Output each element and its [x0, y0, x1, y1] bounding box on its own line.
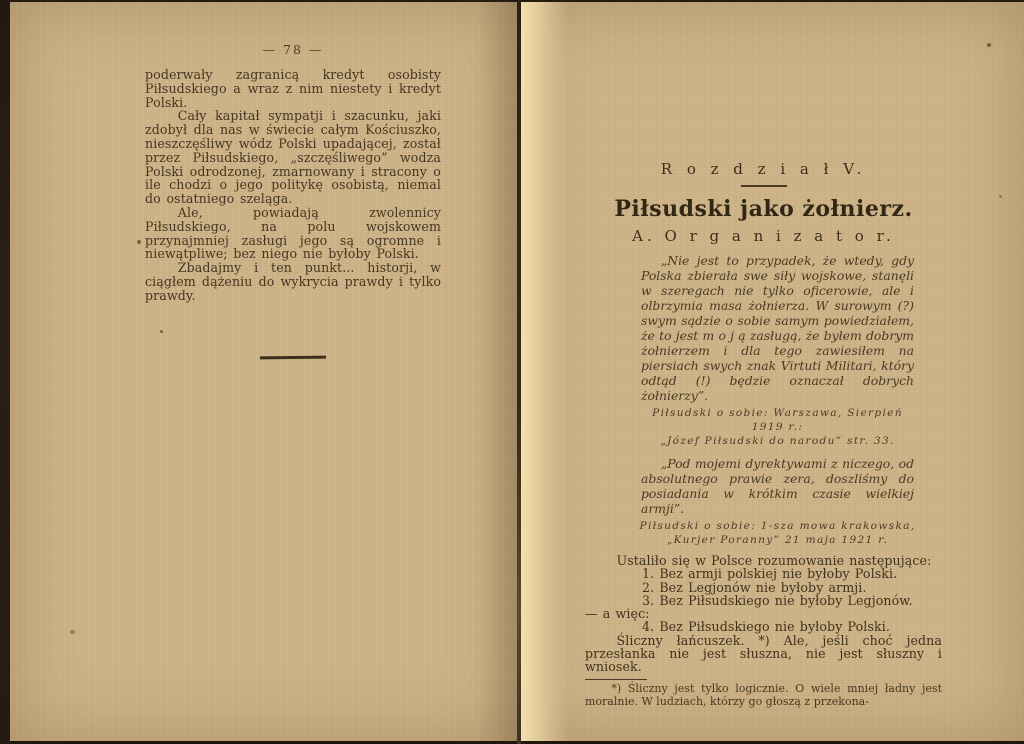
page-number: — 78 —	[145, 42, 441, 57]
body-intro: Ustaliło się w Polsce rozumowanie następ…	[585, 554, 942, 567]
scan-edge-left	[0, 0, 10, 744]
quote-text: „Pod mojemi dyrektywami z niczego, od ab…	[641, 456, 914, 516]
book-scan: — 78 — poderwały zagranicą kredyt osobis…	[0, 0, 1024, 744]
list-item: 2. Bez Legjonów nie byłoby armji.	[585, 581, 942, 594]
quote-attribution-2: Piłsudski o sobie: 1-sza mowa krakowska,…	[637, 519, 918, 547]
attribution-line: „Józef Piłsudski do narodu” str. 33.	[637, 434, 918, 448]
page-right-content: R o z d z i a ł V. Piłsudski jako żołnie…	[585, 2, 942, 709]
chapter-rule	[741, 185, 787, 187]
list-item: 3. Bez Piłsudskiego nie byłoby Legjonów.	[585, 594, 942, 607]
paragraph: Zbadajmy i ten punkt... historji, w ciąg…	[145, 261, 441, 302]
quote-block-1: „Nie jest to przypadek, że wtedy, gdy Po…	[641, 253, 914, 403]
page-left-text: poderwały zagranicą kredyt osobisty Piłs…	[145, 68, 441, 303]
paragraph: Cały kapitał sympatji i szacunku, jaki z…	[145, 109, 441, 206]
page-right-body: Ustaliło się w Polsce rozumowanie następ…	[585, 554, 942, 674]
quote-attribution-1: Piłsudski o sobie: Warszawa, Sierpień 19…	[637, 406, 918, 448]
paper-speck	[160, 330, 163, 333]
paragraph: poderwały zagranicą kredyt osobisty Piłs…	[145, 68, 441, 109]
page-left: — 78 — poderwały zagranicą kredyt osobis…	[10, 2, 517, 741]
paper-speck	[987, 43, 991, 47]
paragraph: Ale, powiadają zwolennicy Piłsudskiego, …	[145, 206, 441, 261]
footnote-text: *) Śliczny jest tylko logicznie. O wiele…	[585, 682, 942, 708]
paper-speck	[137, 240, 141, 244]
conclusion: Śliczny łańcuszek. *) Ale, jeśli choć je…	[585, 634, 942, 674]
quote-block-2: „Pod mojemi dyrektywami z niczego, od ab…	[641, 456, 914, 516]
list-item: 1. Bez armji polskiej nie byłoby Polski.	[585, 567, 942, 580]
list-item: 4. Bez Piłsudskiego nie byłoby Polski.	[585, 620, 942, 633]
footnote-rule	[585, 679, 647, 681]
attribution-line: Piłsudski o sobie: 1-sza mowa krakowska,	[637, 519, 918, 533]
paper-speck	[999, 195, 1002, 198]
page-left-content: — 78 — poderwały zagranicą kredyt osobis…	[145, 42, 441, 358]
page-right: R o z d z i a ł V. Piłsudski jako żołnie…	[521, 2, 1024, 741]
quote-text: „Nie jest to przypadek, że wtedy, gdy Po…	[641, 253, 914, 403]
chapter-heading: R o z d z i a ł V.	[585, 160, 942, 178]
paper-speck	[70, 630, 75, 634]
section-heading: A. O r g a n i z a t o r.	[585, 227, 942, 245]
attribution-line: „Kurjer Poranny” 21 maja 1921 r.	[637, 533, 918, 547]
section-end-rule	[260, 355, 326, 358]
chapter-title: Piłsudski jako żołnierz.	[585, 196, 942, 222]
aside-line: — a więc:	[585, 607, 942, 620]
attribution-line: Piłsudski o sobie: Warszawa, Sierpień 19…	[637, 406, 918, 434]
